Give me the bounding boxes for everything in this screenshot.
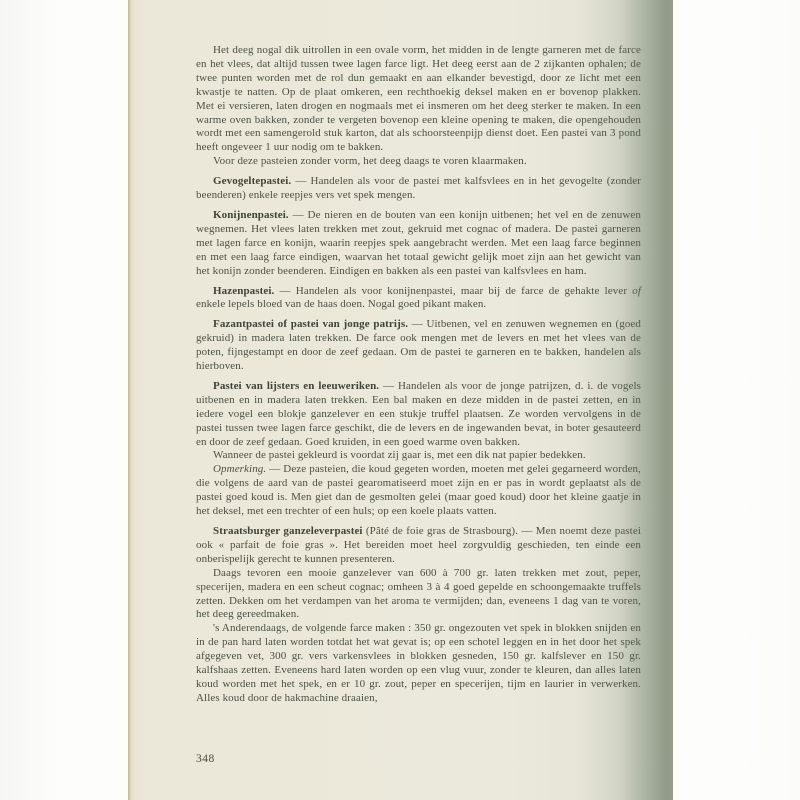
entry-fazantpastei: Fazantpastei of pastei van jonge patrijs… [196, 318, 641, 374]
paragraph-anderendaags-farce: 's Anderendaags, de volgende farce maken… [196, 622, 641, 705]
text-segment: Daags tevoren een mooie ganzelever van 6… [196, 567, 641, 621]
text-segment: enkele lepels bloed van de haas doen. No… [196, 298, 486, 310]
page-left-edge [128, 0, 131, 800]
paragraph-pasteien-zonder-vorm: Voor deze pasteien zonder vorm, het deeg… [196, 155, 641, 169]
entry-heading: Gevogeltepastei. [213, 175, 291, 187]
paragraph-deeg-uitrollen: Het deeg nogal dik uitrollen in een oval… [196, 44, 641, 155]
page-number: 348 [196, 753, 215, 765]
entry-heading: Konijnenpastei. [213, 209, 289, 221]
text-segment: 's Anderendaags, de volgende farce maken… [196, 622, 641, 704]
entry-heading: Fazantpastei of pastei van jonge patrijs… [213, 318, 408, 330]
scan-background: Het deeg nogal dik uitrollen in een oval… [0, 0, 800, 800]
entry-heading: Straatsburger ganzeleverpastei [213, 525, 363, 537]
text-segment: of [632, 285, 641, 297]
entry-hazenpastei: Hazenpastei. — Handelen als voor konijne… [196, 285, 641, 313]
paragraph-opmerking: Opmerking. — Deze pasteien, die koud geg… [196, 463, 641, 519]
paragraph-daags-tevoren: Daags tevoren een mooie ganzelever van 6… [196, 567, 641, 623]
text-segment: Voor deze pasteien zonder vorm, het deeg… [213, 155, 527, 167]
entry-straatsburger-ganzeleverpastei: Straatsburger ganzeleverpastei (Pâté de … [196, 525, 641, 567]
book-page: Het deeg nogal dik uitrollen in een oval… [128, 0, 673, 800]
text-segment: Wanneer de pastei gekleurd is voordat zi… [213, 449, 586, 461]
entry-heading: Pastei van lijsters en leeuweriken. [213, 380, 379, 392]
page-text: Het deeg nogal dik uitrollen in een oval… [196, 44, 641, 706]
text-segment: Opmerking. [213, 463, 266, 475]
text-segment: — Handelen als voor konijnenpastei, maar… [274, 285, 632, 297]
entry-pastei-lijsters-leeuweriken: Pastei van lijsters en leeuweriken. — Ha… [196, 380, 641, 450]
entry-konijnenpastei: Konijnenpastei. — De nieren en de bouten… [196, 209, 641, 279]
entry-gevogeltepastei: Gevogeltepastei. — Handelen als voor de … [196, 175, 641, 203]
text-segment: Het deeg nogal dik uitrollen in een oval… [196, 44, 641, 153]
entry-heading: Hazenpastei. [213, 285, 274, 297]
paragraph-papier-bedekken: Wanneer de pastei gekleurd is voordat zi… [196, 449, 641, 463]
